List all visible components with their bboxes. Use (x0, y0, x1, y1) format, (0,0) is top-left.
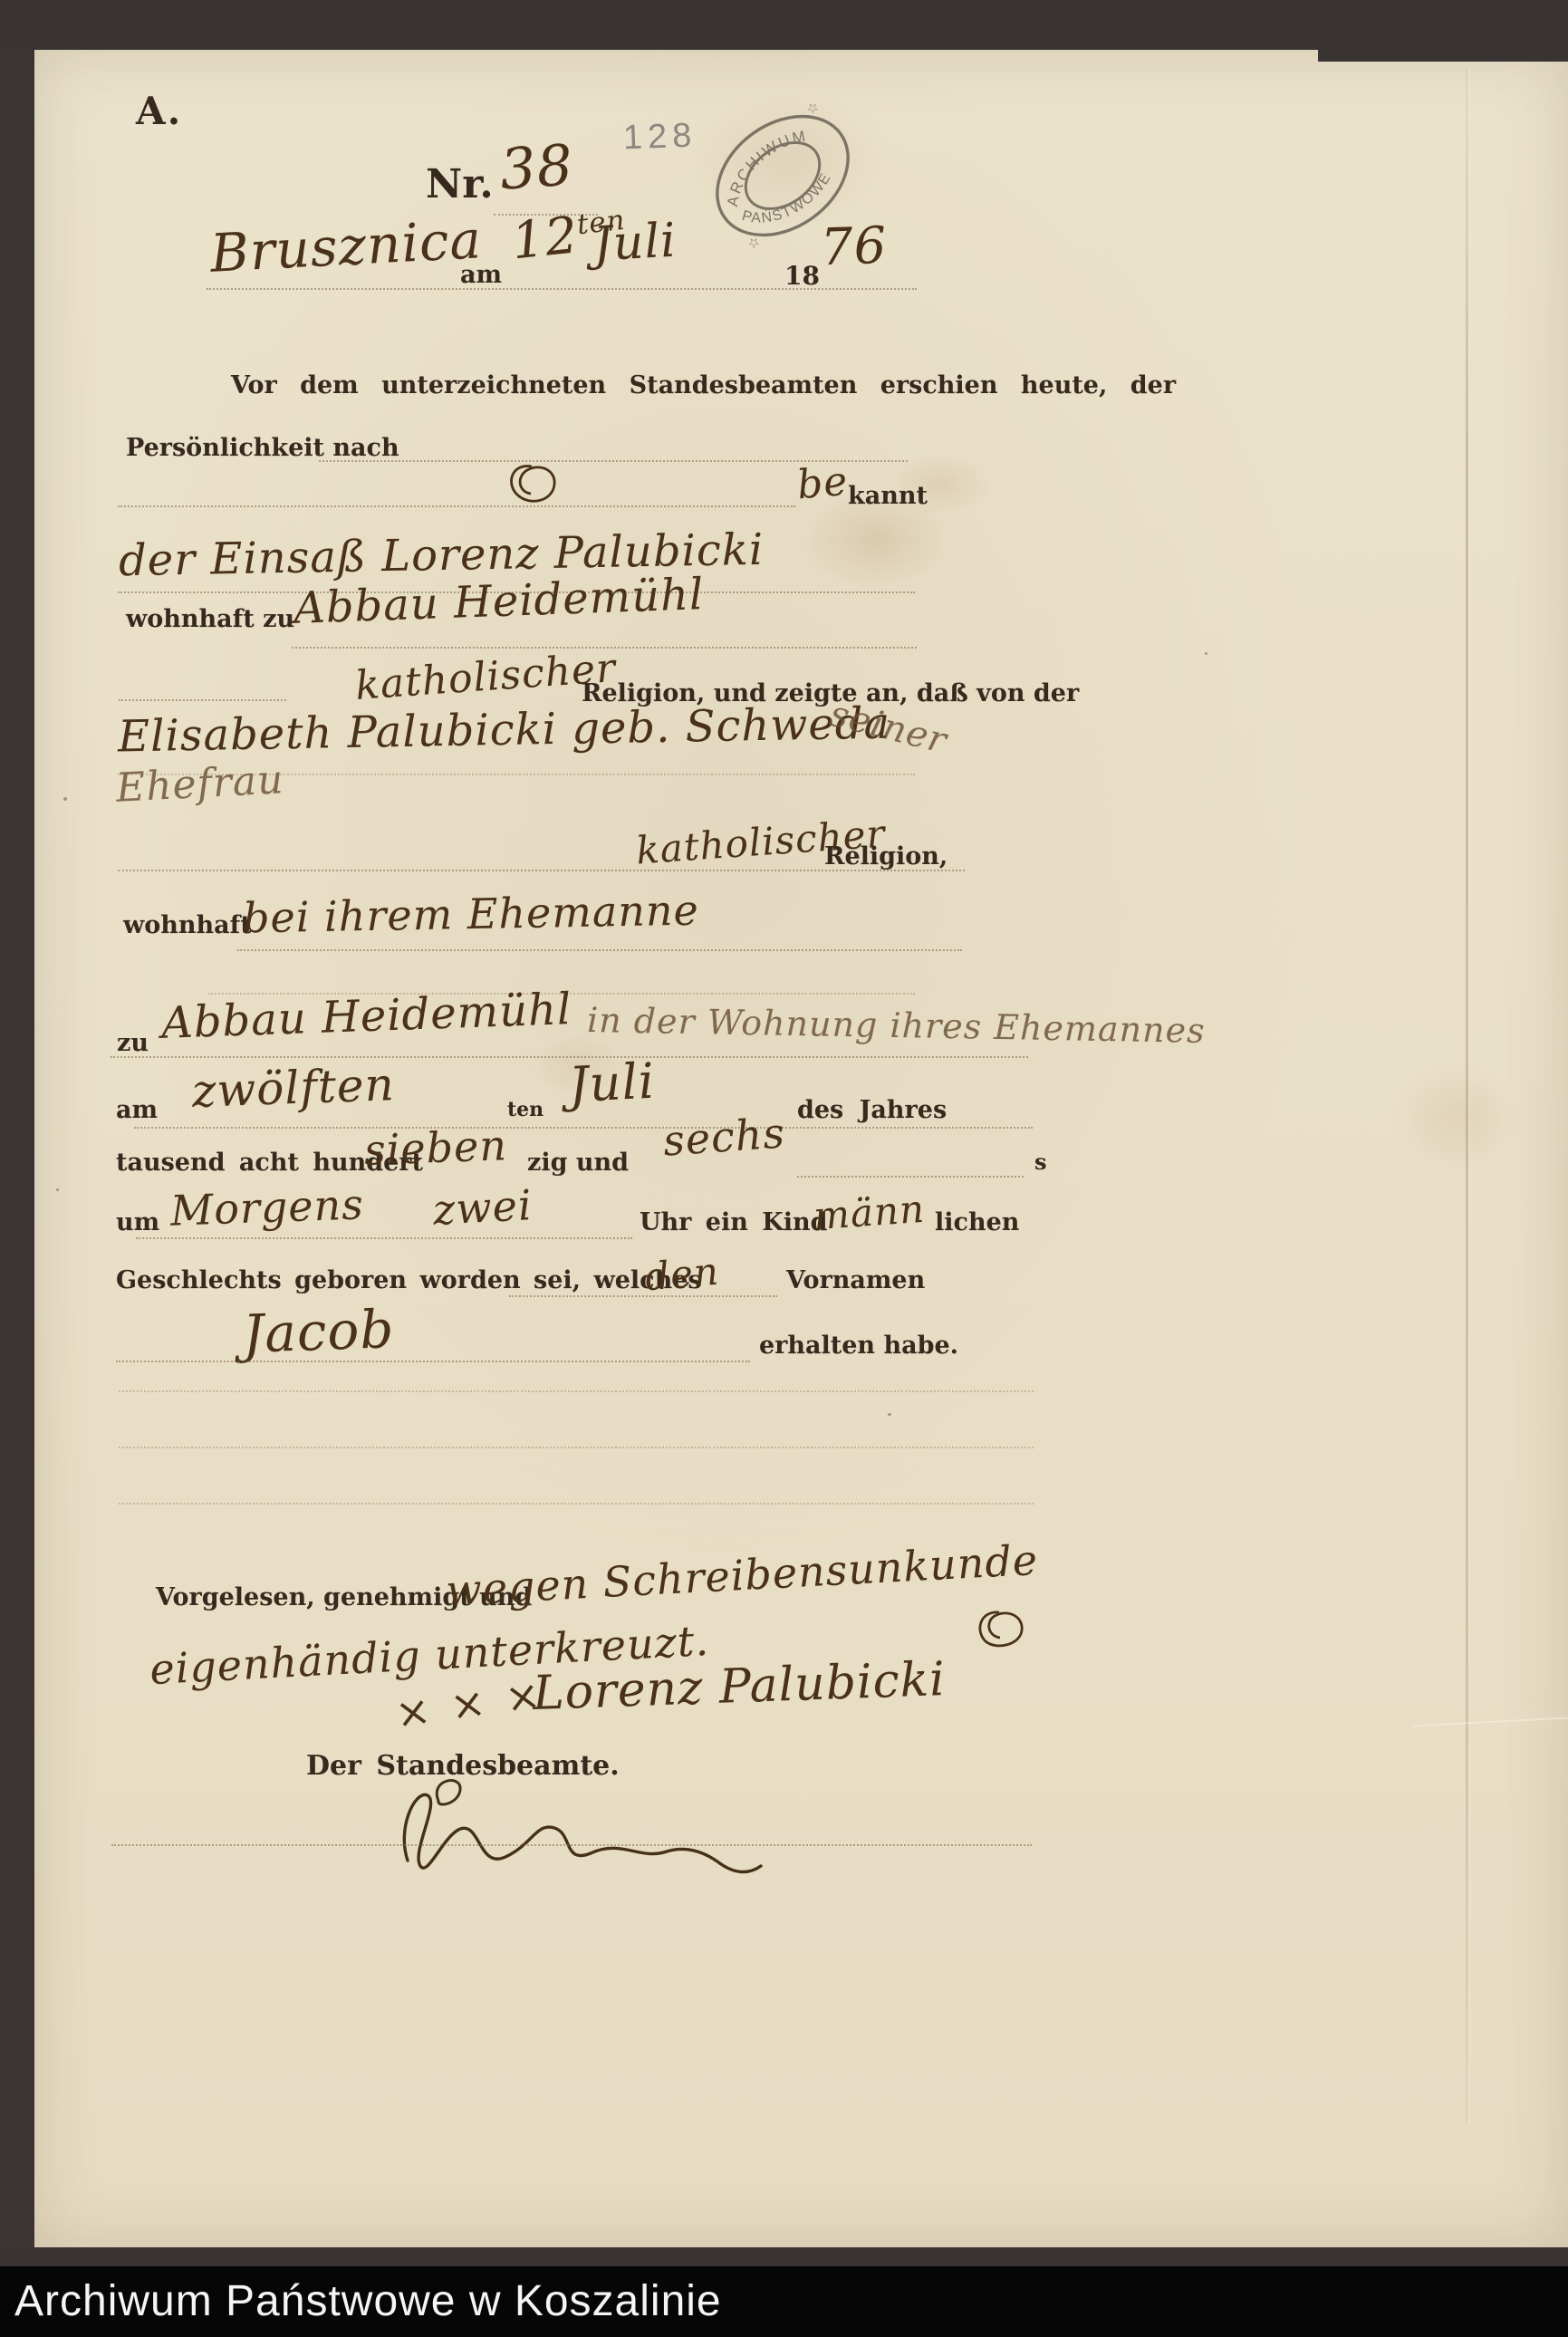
paper-speck (1205, 652, 1207, 655)
day-suffix-printed: ten (507, 1098, 544, 1121)
dotted-rule (119, 1390, 1034, 1392)
year-label: des Jahres (797, 1096, 947, 1124)
year-printed-2: zig und (527, 1149, 629, 1177)
month-handwritten: Juli (592, 214, 678, 273)
time-label: um (116, 1208, 159, 1236)
year-handwritten-suffix: 76 (820, 216, 888, 278)
dotted-rule (119, 1447, 1034, 1448)
dotted-rule (111, 1844, 1032, 1846)
received-printed: erhalten habe. (759, 1332, 958, 1360)
time-of-day-handwritten: Morgens (169, 1179, 364, 1235)
form-line-2: Persönlichkeit nach (126, 434, 399, 462)
time-printed: Uhr ein Kind (640, 1208, 828, 1236)
book-binding-threads (1410, 0, 1486, 60)
birthplace-label: zu (117, 1029, 149, 1057)
paper-speck (888, 1413, 891, 1416)
child-name-handwritten: Jacob (242, 1298, 396, 1365)
sex-line-printed: Geschlechts geboren worden sei, welches (116, 1266, 702, 1294)
dotted-rule (136, 1237, 632, 1239)
archive-name: Archiwum Państwowe w Koszalinie (14, 2277, 722, 2325)
nr-value-handwritten: 38 (498, 131, 576, 202)
birth-day-handwritten: zwölften (191, 1058, 396, 1118)
birthdate-label: am (116, 1096, 158, 1124)
photo-background-bottom (0, 2247, 1568, 2266)
form-letter: A. (136, 89, 182, 133)
dotted-rule (119, 1503, 1034, 1505)
dotted-rule (118, 870, 965, 871)
dotted-rule (509, 1295, 777, 1297)
nr-label: Nr. (426, 161, 494, 207)
registrar-signature-scribble (351, 1774, 777, 1893)
paper-fold-crease (1466, 67, 1468, 2123)
residence-label: wohnhaft zu (126, 605, 294, 633)
form-line-1: Vor dem unterzeichneten Standesbeamten e… (231, 371, 1176, 399)
religion2-printed: Religion, (824, 842, 948, 870)
gender-handwritten: männ (812, 1187, 926, 1238)
year-printed-3: s (1034, 1149, 1047, 1175)
am-label: am (460, 261, 502, 289)
pencil-archival-number: 128 (622, 117, 697, 159)
day-number: 12 (509, 206, 582, 271)
year-hand-1: sieben (363, 1120, 508, 1174)
dotted-rule (134, 1127, 1033, 1129)
article-handwritten: den (643, 1249, 721, 1300)
dotted-rule (207, 288, 917, 290)
birth-month-handwritten: Juli (567, 1053, 656, 1114)
gender-printed: lichen (935, 1208, 1019, 1236)
known-printed: kannt (848, 482, 928, 510)
mother-relation-handwritten: Ehefrau (115, 756, 285, 812)
vornamen-printed: Vornamen (786, 1266, 925, 1294)
ink-flourish (969, 1605, 1029, 1654)
residence2-handwritten: bei ihrem Ehemanne (243, 886, 700, 943)
paper-speck (63, 797, 67, 801)
known-handwritten: be (795, 458, 850, 509)
dotted-rule (116, 1361, 750, 1362)
paper-speck (56, 1188, 59, 1191)
ink-flourish (500, 457, 563, 510)
dotted-rule (237, 949, 962, 951)
dotted-rule (119, 699, 286, 701)
year-printed-prefix: 18 (784, 261, 820, 291)
residence2-label: wohnhaft (123, 911, 252, 939)
dotted-rule (797, 1176, 1024, 1178)
time-hour-handwritten: zwei (432, 1180, 534, 1235)
archive-footer-bar: Archiwum Państwowe w Koszalinie (0, 2266, 1568, 2337)
dotted-rule (118, 505, 795, 507)
year-hand-2: sechs (661, 1108, 786, 1165)
